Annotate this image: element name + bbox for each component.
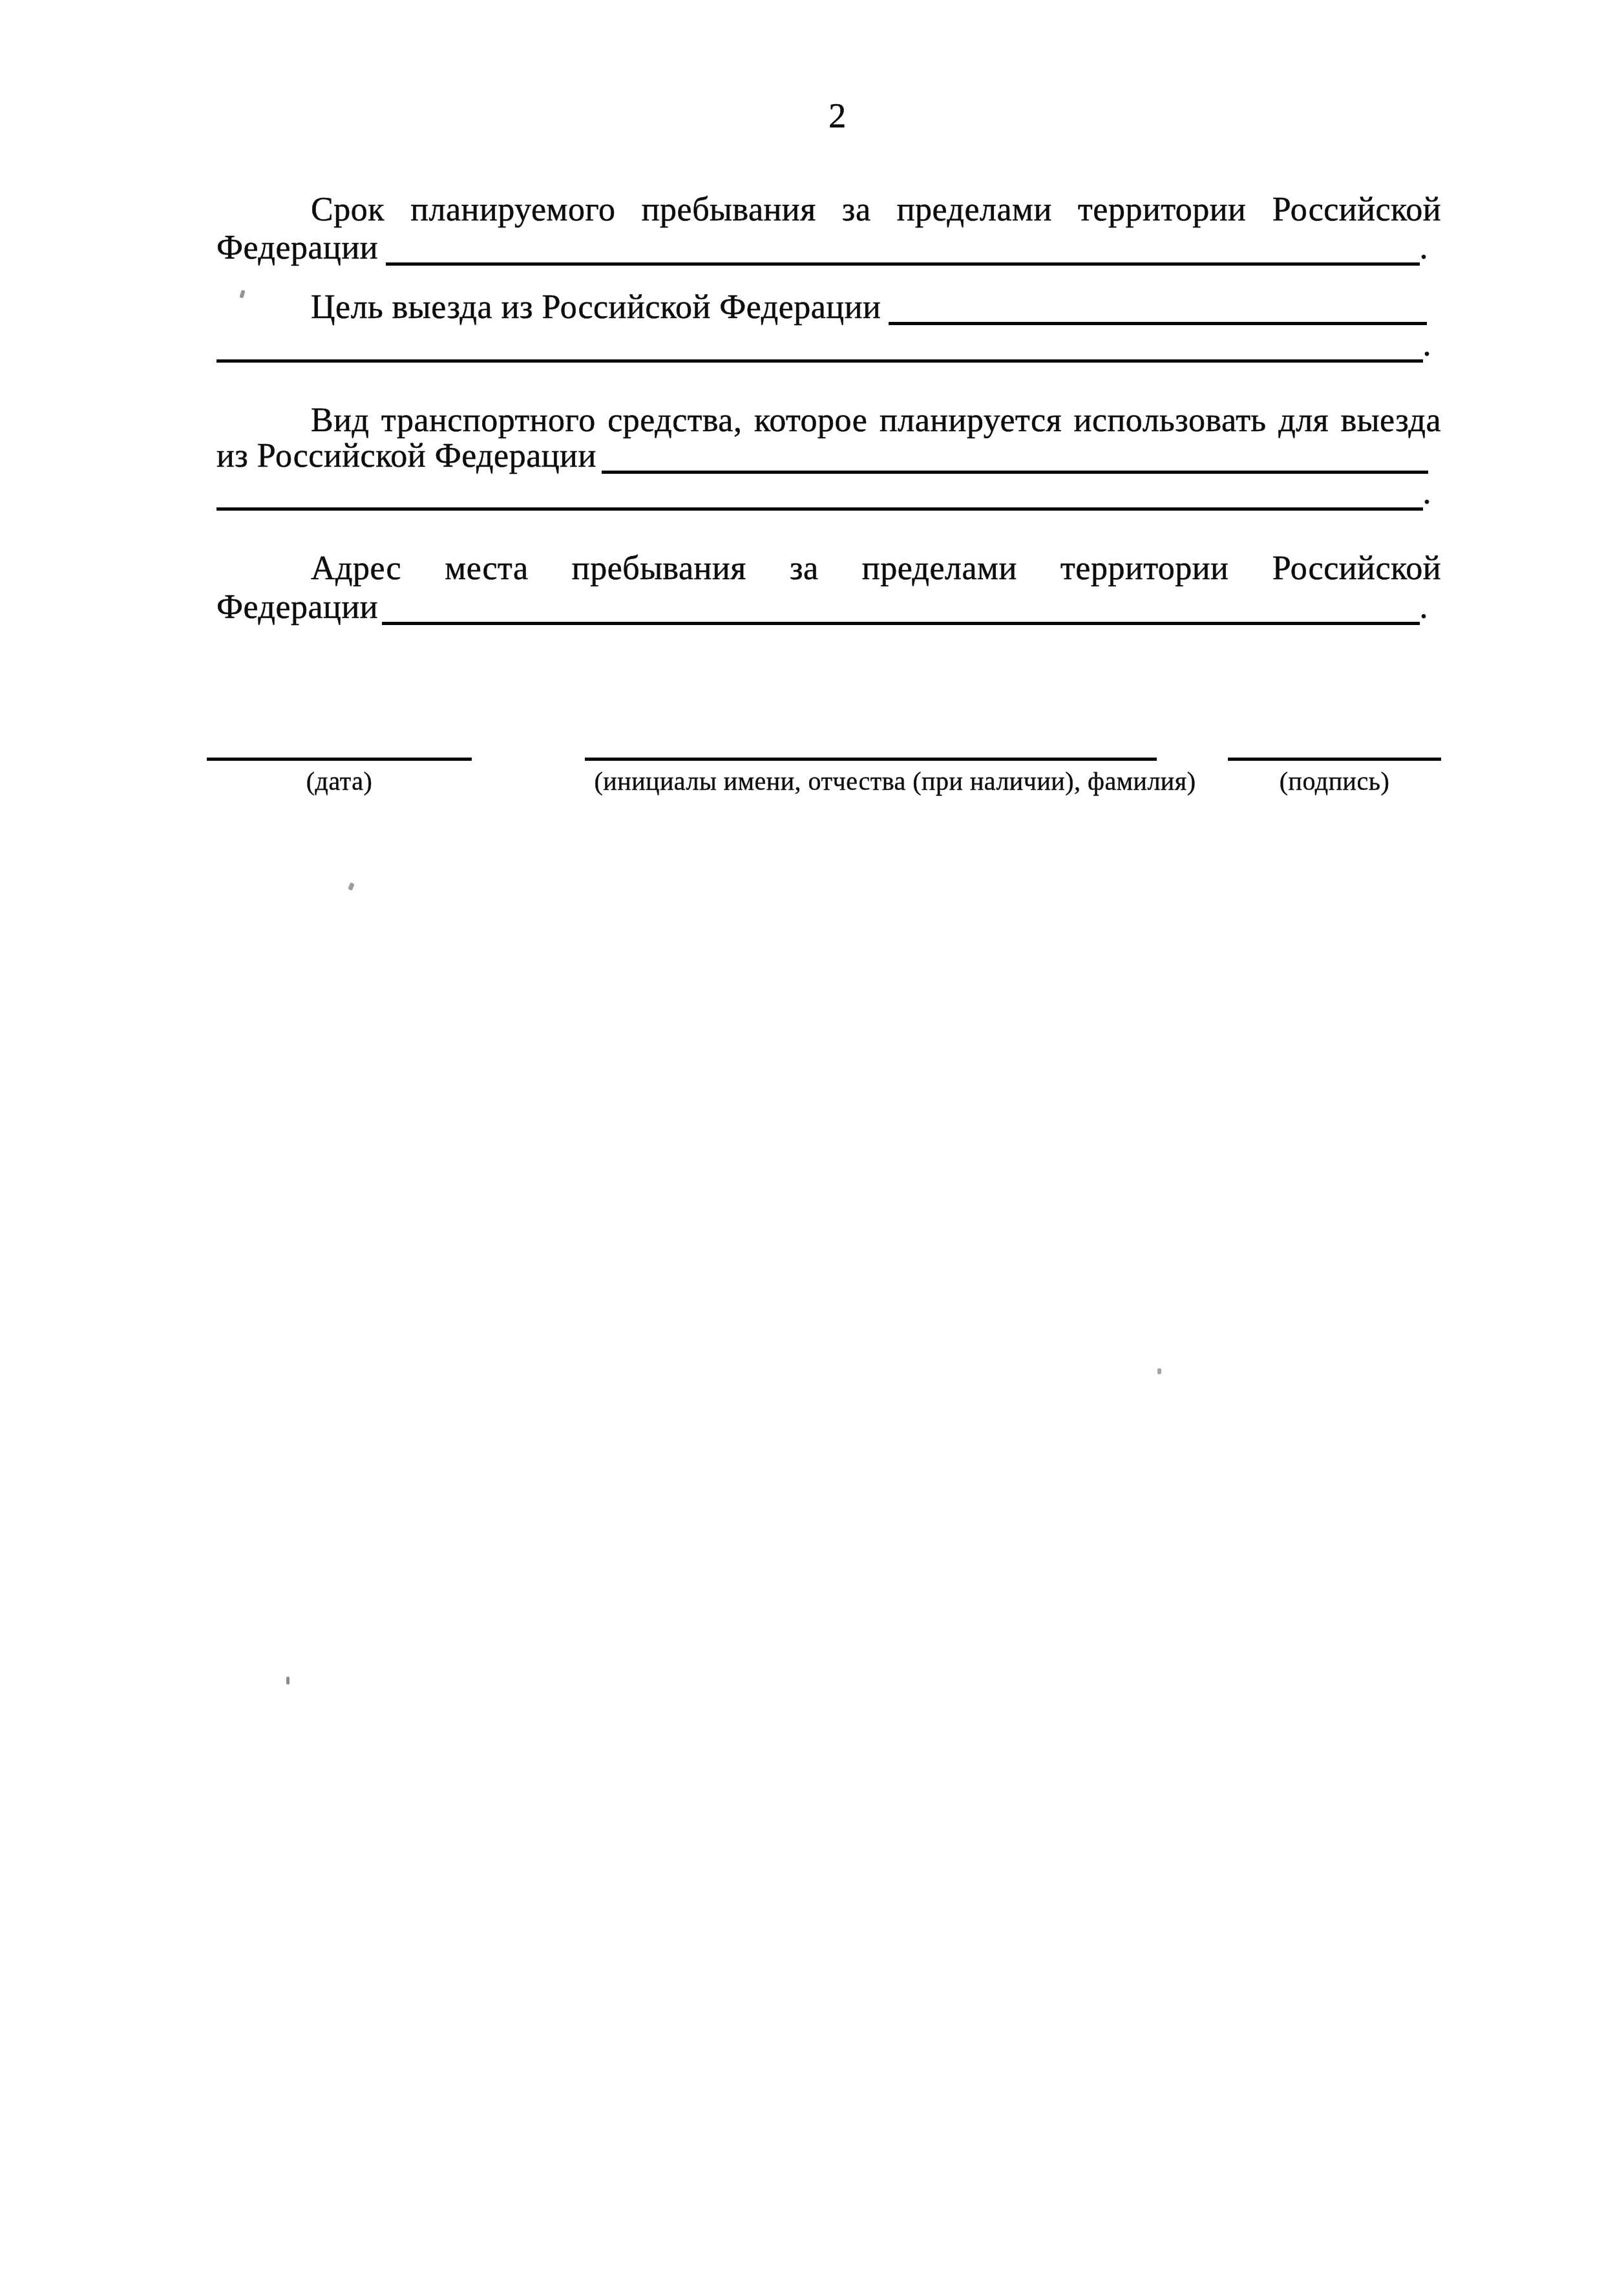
name-caption: (инициалы имени, отчества (при наличии),… [575, 767, 1215, 796]
word: Срок [311, 191, 385, 229]
term-of-stay-blank-line [386, 262, 1419, 266]
scanned-form-page: 2 Срокпланируемогопребываниязапределамит… [0, 0, 1624, 2283]
word: пределами [862, 550, 1017, 588]
name-signature-line [585, 758, 1157, 761]
word: выезда [1341, 402, 1441, 440]
period-mark: . [1420, 589, 1429, 626]
word: за [790, 550, 819, 588]
address-second-line: Федерации . [216, 589, 1428, 626]
term-of-stay-label: Федерации [216, 229, 378, 267]
scan-speck [348, 882, 355, 891]
word: средства, [607, 402, 742, 440]
word: которое [754, 402, 867, 440]
word: планируемого [410, 191, 615, 229]
date-signature-line [207, 758, 472, 761]
word: Вид [311, 402, 369, 440]
word: Российской [1272, 191, 1441, 229]
period-mark: . [1420, 229, 1429, 267]
word: для [1278, 402, 1329, 440]
scan-speck [286, 1677, 290, 1684]
term-of-stay-second-line: Федерации . [216, 229, 1428, 267]
word: за [842, 191, 871, 229]
word: места [445, 550, 528, 588]
address-label: Федерации [216, 589, 378, 626]
signature-caption: (подпись) [1202, 767, 1467, 796]
word: планируется [880, 402, 1062, 440]
transport-blank-line-2 [216, 507, 1423, 511]
term-of-stay-first-line: Срокпланируемогопребываниязапределамитер… [311, 191, 1441, 229]
purpose-label: Цель выезда из Российской Федерации [311, 289, 881, 326]
word: Адрес [311, 550, 401, 588]
address-blank-line [382, 622, 1419, 625]
page-number: 2 [819, 96, 856, 135]
word: территории [1060, 550, 1229, 588]
date-caption: (дата) [194, 767, 485, 796]
transport-label: из Российской Федерации [216, 438, 596, 475]
transport-third-line: . [216, 474, 1431, 512]
word: транспортного [381, 402, 596, 440]
signature-line [1228, 758, 1441, 761]
transport-blank-line-1 [602, 471, 1428, 474]
word: пределами [897, 191, 1052, 229]
transport-second-line: из Российской Федерации [216, 438, 1428, 475]
period-mark: . [1423, 474, 1432, 512]
scan-speck [1157, 1368, 1161, 1374]
transport-first-line: Видтранспортногосредства,котороепланируе… [311, 402, 1441, 440]
word: использовать [1074, 402, 1267, 440]
address-first-line: Адресместапребываниязапределамитерритори… [311, 550, 1441, 588]
word: пребывания [642, 191, 816, 229]
word: территории [1078, 191, 1246, 229]
scan-speck [239, 290, 245, 298]
purpose-first-line: Цель выезда из Российской Федерации [311, 289, 1427, 326]
purpose-second-line: . [216, 326, 1431, 364]
period-mark: . [1423, 326, 1432, 364]
purpose-blank-line-1 [889, 322, 1427, 325]
purpose-blank-line-2 [216, 359, 1423, 363]
word: Российской [1272, 550, 1441, 588]
word: пребывания [572, 550, 746, 588]
